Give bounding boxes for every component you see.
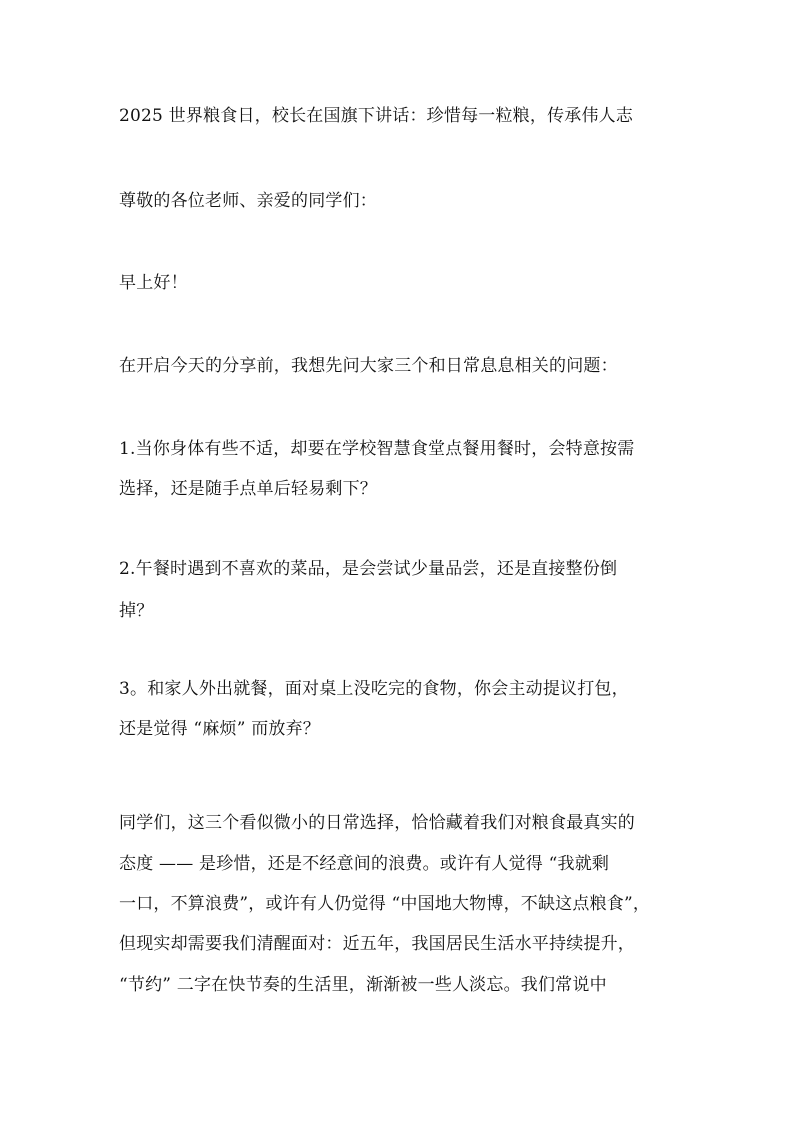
greeting: 早上好！ xyxy=(119,272,679,294)
body-line-2: 态度 —— 是珍惜，还是不经意间的浪费。或许有人觉得 “我就剩 xyxy=(119,853,679,875)
question-2-line-2: 掉？ xyxy=(119,600,679,622)
document-page: 2025 世界粮食日，校长在国旗下讲话：珍惜每一粒粮，传承伟人志 尊敬的各位老师… xyxy=(0,0,793,1122)
body-line-5: “节约” 二字在快节奏的生活里，渐渐被一些人淡忘。我们常说中 xyxy=(119,974,679,996)
body-line-4: 但现实却需要我们清醒面对：近五年，我国居民生活水平持续提升， xyxy=(119,933,679,955)
question-2-line-1: 2.午餐时遇到不喜欢的菜品，是会尝试少量品尝，还是直接整份倒 xyxy=(119,558,679,580)
question-1-line-2: 选择，还是随手点单后轻易剩下？ xyxy=(119,478,679,500)
salutation: 尊敬的各位老师、亲爱的同学们： xyxy=(119,190,679,212)
intro-paragraph: 在开启今天的分享前，我想先问大家三个和日常息息相关的问题： xyxy=(119,355,679,377)
document-title: 2025 世界粮食日，校长在国旗下讲话：珍惜每一粒粮，传承伟人志 xyxy=(119,105,679,127)
question-3-line-1: 3。和家人外出就餐，面对桌上没吃完的食物，你会主动提议打包， xyxy=(119,678,679,700)
body-line-3: 一口，不算浪费”，或许有人仍觉得 “中国地大物博，不缺这点粮食”， xyxy=(119,893,679,915)
question-1-line-1: 1.当你身体有些不适，却要在学校智慧食堂点餐用餐时，会特意按需 xyxy=(119,438,679,460)
body-line-1: 同学们，这三个看似微小的日常选择，恰恰藏着我们对粮食最真实的 xyxy=(119,812,679,834)
question-3-line-2: 还是觉得 “麻烦” 而放弃？ xyxy=(119,718,679,740)
